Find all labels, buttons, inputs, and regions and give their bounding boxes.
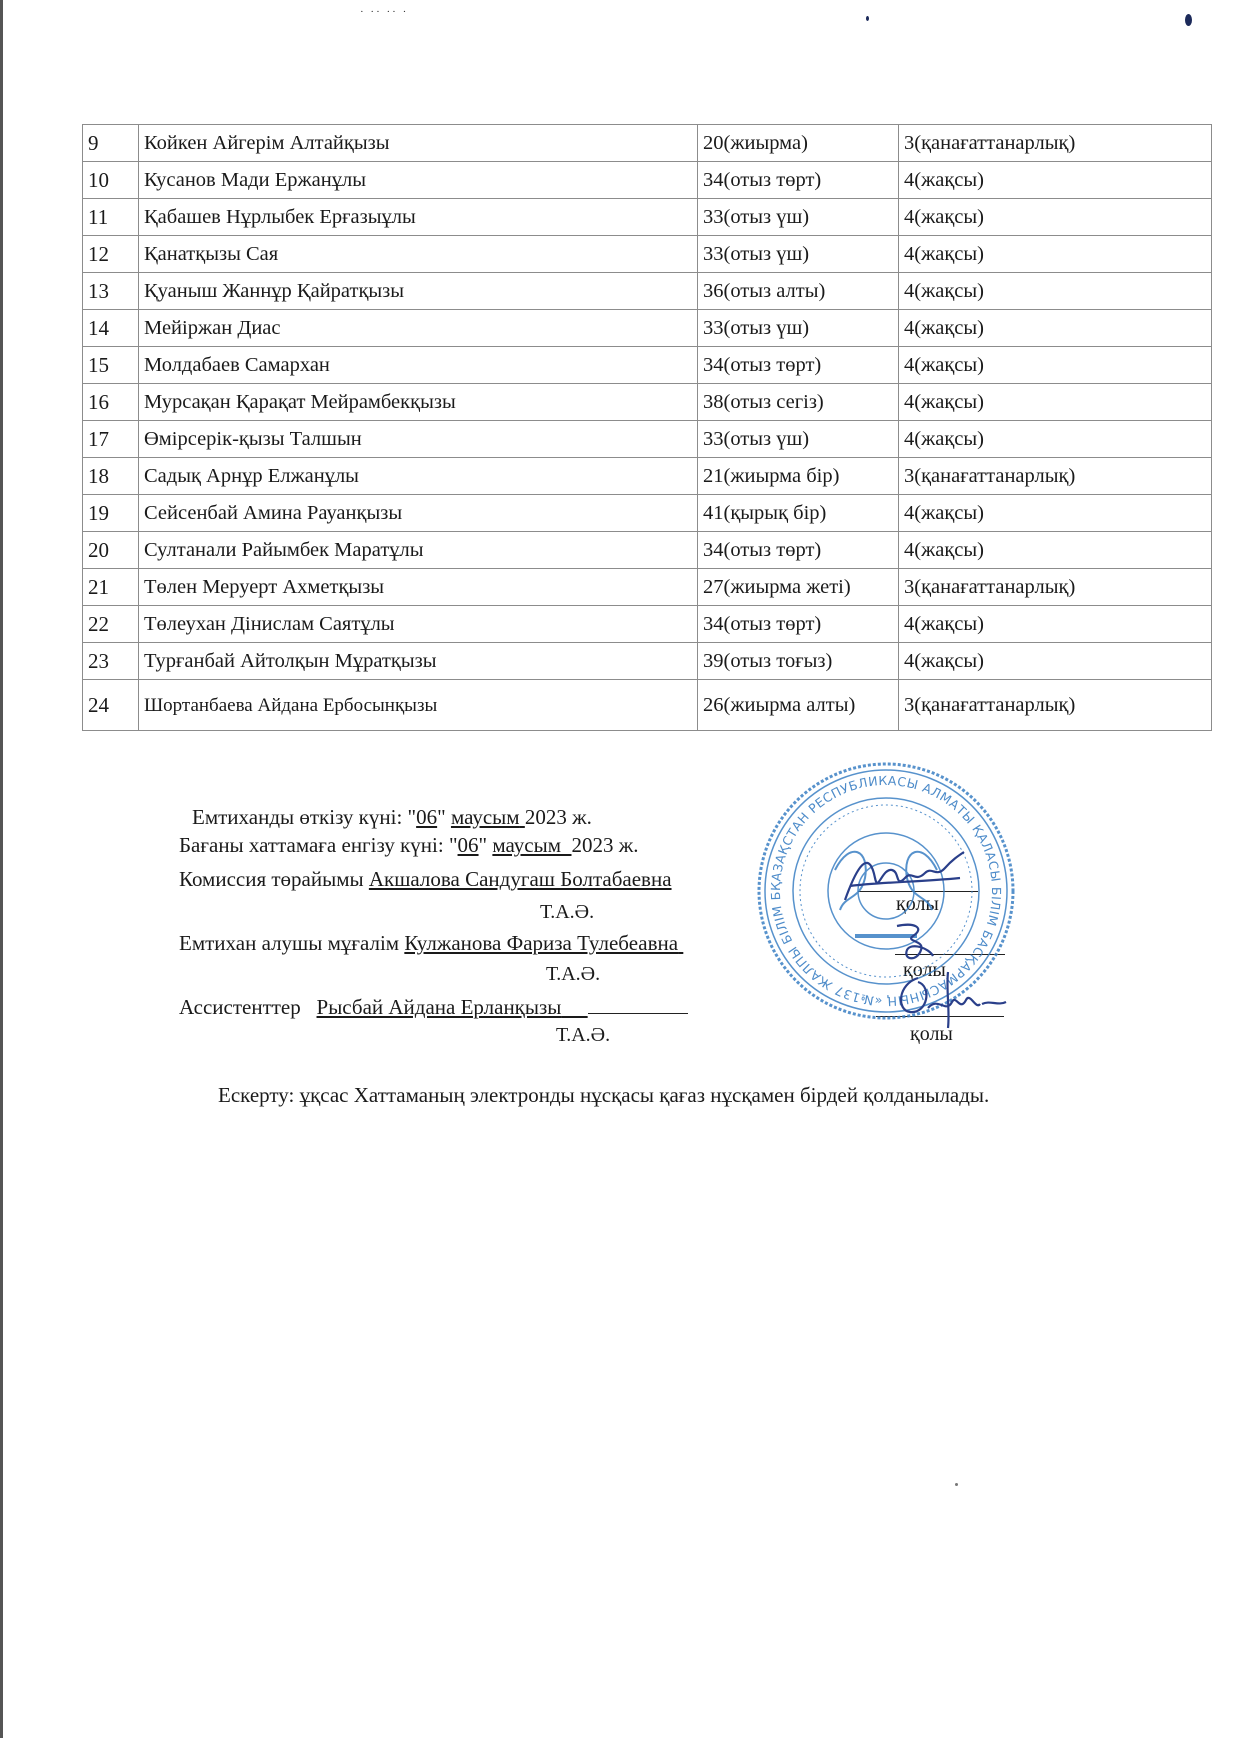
score-cell: 34(отыз төрт): [698, 162, 899, 199]
row-number: 16: [83, 384, 139, 421]
scan-artifact: · ·· ·· ·: [360, 6, 408, 18]
underline-filler: [561, 995, 587, 1019]
assistants-name: Рысбай Айдана Ерланқызы: [317, 995, 562, 1019]
student-name: Қуаныш Жаннұр Қайратқызы: [139, 273, 698, 310]
score-cell: 41(қырық бір): [698, 495, 899, 532]
score-cell: 33(отыз үш): [698, 310, 899, 347]
student-name: Төлеухан Дінислам Саятұлы: [139, 606, 698, 643]
scan-edge: [0, 0, 3, 1738]
score-cell: 34(отыз төрт): [698, 347, 899, 384]
row-number: 17: [83, 421, 139, 458]
table-row: 22Төлеухан Дінислам Саятұлы34(отыз төрт)…: [83, 606, 1212, 643]
score-cell: 26(жиырма алты): [698, 680, 899, 731]
row-number: 10: [83, 162, 139, 199]
grade-cell: 4(жақсы): [899, 421, 1212, 458]
score-cell: 39(отыз тоғыз): [698, 643, 899, 680]
table-row: 19Сейсенбай Амина Рауанқызы41(қырық бір)…: [83, 495, 1212, 532]
grade-cell: 3(қанағаттанарлық): [899, 458, 1212, 495]
grade-cell: 3(қанағаттанарлық): [899, 125, 1212, 162]
underline-filler: [561, 833, 572, 857]
student-name: Садық Арнұр Елжанұлы: [139, 458, 698, 495]
teacher-signature-icon: [885, 920, 955, 970]
grade-cell: 4(жақсы): [899, 310, 1212, 347]
score-cell: 27(жиырма жеті): [698, 569, 899, 606]
grade-cell: 4(жақсы): [899, 495, 1212, 532]
score-cell: 36(отыз алты): [698, 273, 899, 310]
row-number: 21: [83, 569, 139, 606]
score-cell: 33(отыз үш): [698, 421, 899, 458]
assistants-caption: Т.А.Ә.: [556, 1024, 610, 1047]
underline-filler: [678, 931, 683, 955]
teacher-line: Емтихан алушы мұғалім Кулжанова Фариза Т…: [179, 931, 683, 956]
score-cell: 38(отыз сегіз): [698, 384, 899, 421]
student-name: Койкен Айгерім Алтайқызы: [139, 125, 698, 162]
row-number: 19: [83, 495, 139, 532]
row-number: 13: [83, 273, 139, 310]
scan-speck: [866, 16, 869, 21]
teacher-name: Кулжанова Фариза Тулебеавна: [404, 931, 678, 955]
row-number: 9: [83, 125, 139, 162]
table-row: 13Қуаныш Жаннұр Қайратқызы36(отыз алты)4…: [83, 273, 1212, 310]
table-row: 20Султанали Райымбек Маратұлы34(отыз төр…: [83, 532, 1212, 569]
exam-date-month: маусым: [451, 805, 520, 829]
scan-speck: [955, 1483, 958, 1486]
row-number: 20: [83, 532, 139, 569]
table-row: 18Садық Арнұр Елжанұлы21(жиырма бір)3(қа…: [83, 458, 1212, 495]
chair-line: Комиссия төрайымы Акшалова Сандугаш Болт…: [179, 867, 672, 892]
student-name: Молдабаев Самархан: [139, 347, 698, 384]
student-name: Өмірсерік-қызы Талшын: [139, 421, 698, 458]
exam-date-day: 06: [416, 805, 437, 829]
table-row: 24Шортанбаева Айдана Ербосынқызы26(жиырм…: [83, 680, 1212, 731]
entry-date-month: маусым: [492, 833, 561, 857]
table-row: 17Өмірсерік-қызы Талшын33(отыз үш)4(жақс…: [83, 421, 1212, 458]
student-name: Султанали Райымбек Маратұлы: [139, 532, 698, 569]
row-number: 18: [83, 458, 139, 495]
grade-cell: 3(қанағаттанарлық): [899, 680, 1212, 731]
exam-date-line: Емтиханды өткізу күні: "06" маусым 2023 …: [192, 805, 592, 830]
entry-date-label: Бағаны хаттамаға енгізу күні:: [179, 833, 449, 857]
assistant-signature-icon: [888, 970, 1008, 1030]
assistants-blank-line: [588, 995, 688, 1014]
score-cell: 20(жиырма): [698, 125, 899, 162]
row-number: 24: [83, 680, 139, 731]
row-number: 22: [83, 606, 139, 643]
score-cell: 33(отыз үш): [698, 199, 899, 236]
score-cell: 21(жиырма бір): [698, 458, 899, 495]
grade-cell: 4(жақсы): [899, 236, 1212, 273]
grades-table-body: 9Койкен Айгерім Алтайқызы20(жиырма)3(қан…: [83, 125, 1212, 731]
footnote: Ескерту: ұқсас Хаттаманың электронды нұс…: [218, 1083, 989, 1108]
grade-cell: 4(жақсы): [899, 347, 1212, 384]
row-number: 15: [83, 347, 139, 384]
table-row: 21Төлен Меруерт Ахметқызы27(жиырма жеті)…: [83, 569, 1212, 606]
student-name: Қабашев Нұрлыбек Ерғазыұлы: [139, 199, 698, 236]
grade-cell: 4(жақсы): [899, 384, 1212, 421]
teacher-label: Емтихан алушы мұғалім: [179, 931, 404, 955]
chair-caption: Т.А.Ә.: [540, 901, 594, 924]
exam-date-year: 2023 ж.: [525, 805, 592, 829]
score-cell: 33(отыз үш): [698, 236, 899, 273]
student-name: Кусанов Мади Ержанұлы: [139, 162, 698, 199]
entry-date-year: 2023 ж.: [572, 833, 639, 857]
student-name: Сейсенбай Амина Рауанқызы: [139, 495, 698, 532]
chair-name: Акшалова Сандугаш Болтабаевна: [369, 867, 672, 891]
table-row: 23Турғанбай Айтолқын Мұратқызы39(отыз то…: [83, 643, 1212, 680]
grade-cell: 4(жақсы): [899, 162, 1212, 199]
entry-date-day: 06: [458, 833, 479, 857]
entry-date-line: Бағаны хаттамаға енгізу күні: "06" маусы…: [179, 833, 639, 858]
grades-table: 9Койкен Айгерім Алтайқызы20(жиырма)3(қан…: [82, 124, 1212, 731]
table-row: 16Мурсақан Қарақат Мейрамбекқызы38(отыз …: [83, 384, 1212, 421]
assistants-label: Ассистенттер: [179, 995, 306, 1019]
teacher-caption: Т.А.Ә.: [546, 963, 600, 986]
row-number: 12: [83, 236, 139, 273]
exam-date-label: Емтиханды өткізу күні:: [192, 805, 408, 829]
table-row: 12Қанатқызы Сая33(отыз үш)4(жақсы): [83, 236, 1212, 273]
scan-speck: [1185, 14, 1192, 26]
student-name: Турғанбай Айтолқын Мұратқызы: [139, 643, 698, 680]
grade-cell: 4(жақсы): [899, 273, 1212, 310]
student-name: Шортанбаева Айдана Ербосынқызы: [139, 680, 698, 731]
table-row: 11Қабашев Нұрлыбек Ерғазыұлы33(отыз үш)4…: [83, 199, 1212, 236]
table-row: 9Койкен Айгерім Алтайқызы20(жиырма)3(қан…: [83, 125, 1212, 162]
student-name: Төлен Меруерт Ахметқызы: [139, 569, 698, 606]
assistants-line: Ассистенттер Рысбай Айдана Ерланқызы: [179, 995, 688, 1020]
score-cell: 34(отыз төрт): [698, 606, 899, 643]
grade-cell: 4(жақсы): [899, 606, 1212, 643]
grade-cell: 3(қанағаттанарлық): [899, 569, 1212, 606]
grade-cell: 4(жақсы): [899, 199, 1212, 236]
table-row: 15Молдабаев Самархан34(отыз төрт)4(жақсы…: [83, 347, 1212, 384]
chair-label: Комиссия төрайымы: [179, 867, 369, 891]
chair-signature-icon: [840, 848, 970, 908]
student-name: Қанатқызы Сая: [139, 236, 698, 273]
table-row: 10Кусанов Мади Ержанұлы34(отыз төрт)4(жа…: [83, 162, 1212, 199]
score-cell: 34(отыз төрт): [698, 532, 899, 569]
row-number: 14: [83, 310, 139, 347]
student-name: Мейіржан Диас: [139, 310, 698, 347]
grade-cell: 4(жақсы): [899, 532, 1212, 569]
table-row: 14Мейіржан Диас33(отыз үш)4(жақсы): [83, 310, 1212, 347]
grade-cell: 4(жақсы): [899, 643, 1212, 680]
row-number: 11: [83, 199, 139, 236]
row-number: 23: [83, 643, 139, 680]
student-name: Мурсақан Қарақат Мейрамбекқызы: [139, 384, 698, 421]
